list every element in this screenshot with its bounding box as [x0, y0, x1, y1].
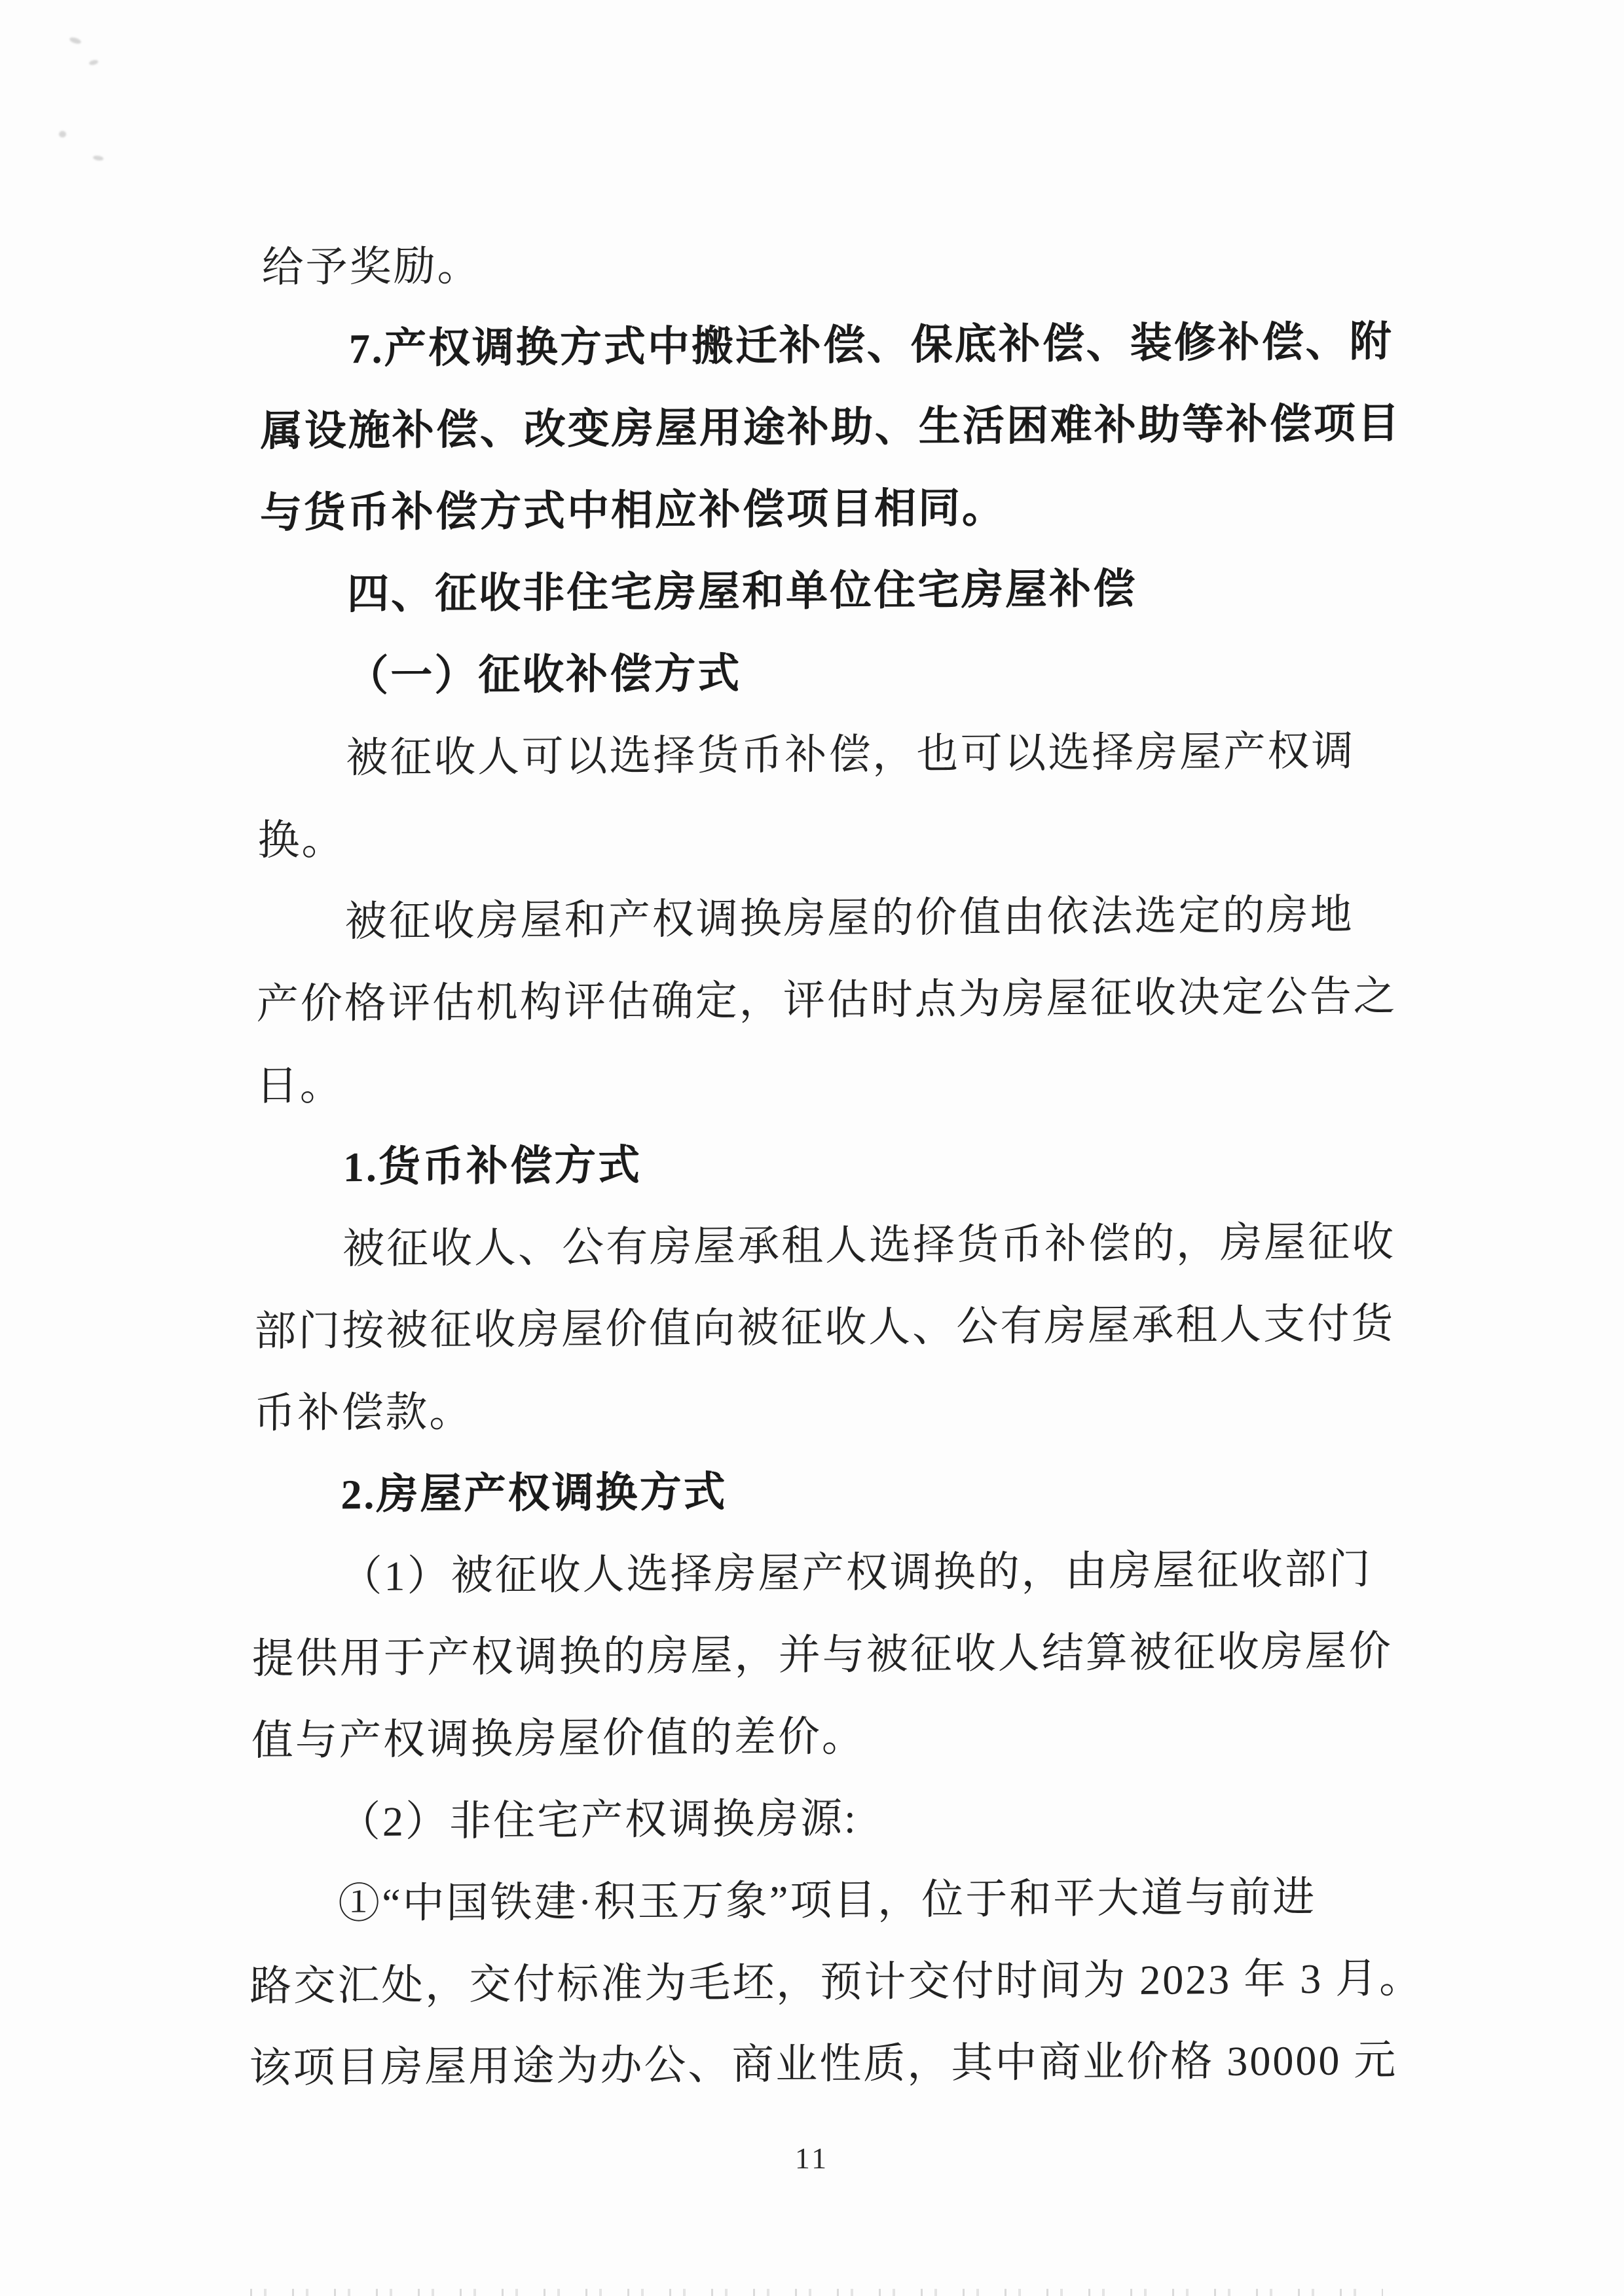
scan-smudge [93, 155, 104, 161]
text-line: 值与产权调换房屋价值的差价。 [251, 1692, 1417, 1781]
page-number: 11 [0, 2141, 1624, 2176]
text-line: 被征收房屋和产权调换房屋的价值由依法选定的房地 [257, 873, 1423, 963]
text-line: 换。 [257, 792, 1424, 881]
text-line: 币补偿款。 [253, 1364, 1420, 1454]
text-line: 7.产权调换方式中搬迁补偿、保底补偿、装修补偿、附 [261, 301, 1427, 390]
text-block: 给予奖励。7.产权调换方式中搬迁补偿、保底补偿、装修补偿、附属设施补偿、改变房屋… [249, 219, 1428, 2109]
text-line: 与货币补偿方式中相应补偿项目相同。 [260, 464, 1426, 554]
text-line: （1）被征收人选择房屋产权调换的，由房屋征收部门 [252, 1528, 1418, 1618]
text-line: 给予奖励。 [261, 219, 1428, 308]
text-line: 该项目房屋用途为办公、商业性质，其中商业价格 30000 元 [249, 2019, 1415, 2109]
text-line: 部门按被征收房屋价值向被征收人、公有房屋承租人支付货 [254, 1283, 1420, 1372]
text-line: 路交汇处，交付标准为毛坯，预计交付时间为 2023 年 3 月。 [249, 1937, 1416, 2027]
text-line: （2）非住宅产权调换房源: [251, 1774, 1417, 1863]
scan-smudge [69, 36, 82, 45]
scan-smudge [59, 131, 66, 137]
scan-smudge [88, 59, 98, 65]
next-line-cutoff-artifact [250, 2289, 1383, 2296]
text-line: 属设施补偿、改变房屋用途补助、生活困难补助等补偿项目 [260, 382, 1426, 472]
text-line: 1.货币补偿方式 [255, 1119, 1422, 1209]
text-line: 被征收人、公有房屋承租人选择货币补偿的，房屋征收 [255, 1201, 1421, 1290]
text-line: 四、征收非住宅房屋和单位住宅房屋补偿 [259, 546, 1426, 636]
text-line: 2.房屋产权调换方式 [253, 1446, 1419, 1536]
text-line: 日。 [255, 1037, 1422, 1127]
text-line: 提供用于产权调换的房屋，并与被征收人结算被征收房屋价 [251, 1610, 1418, 1700]
text-line: 产价格评估机构评估确定，评估时点为房屋征收决定公告之 [256, 955, 1422, 1045]
document-page: 给予奖励。7.产权调换方式中搬迁补偿、保底补偿、装修补偿、附属设施补偿、改变房屋… [0, 0, 1624, 2296]
text-line: （一）征收补偿方式 [259, 628, 1425, 718]
text-line: 被征收人可以选择货币补偿，也可以选择房屋产权调 [258, 710, 1424, 799]
text-line: ①“中国铁建·积玉万象”项目，位于和平大道与前进 [250, 1855, 1416, 1945]
